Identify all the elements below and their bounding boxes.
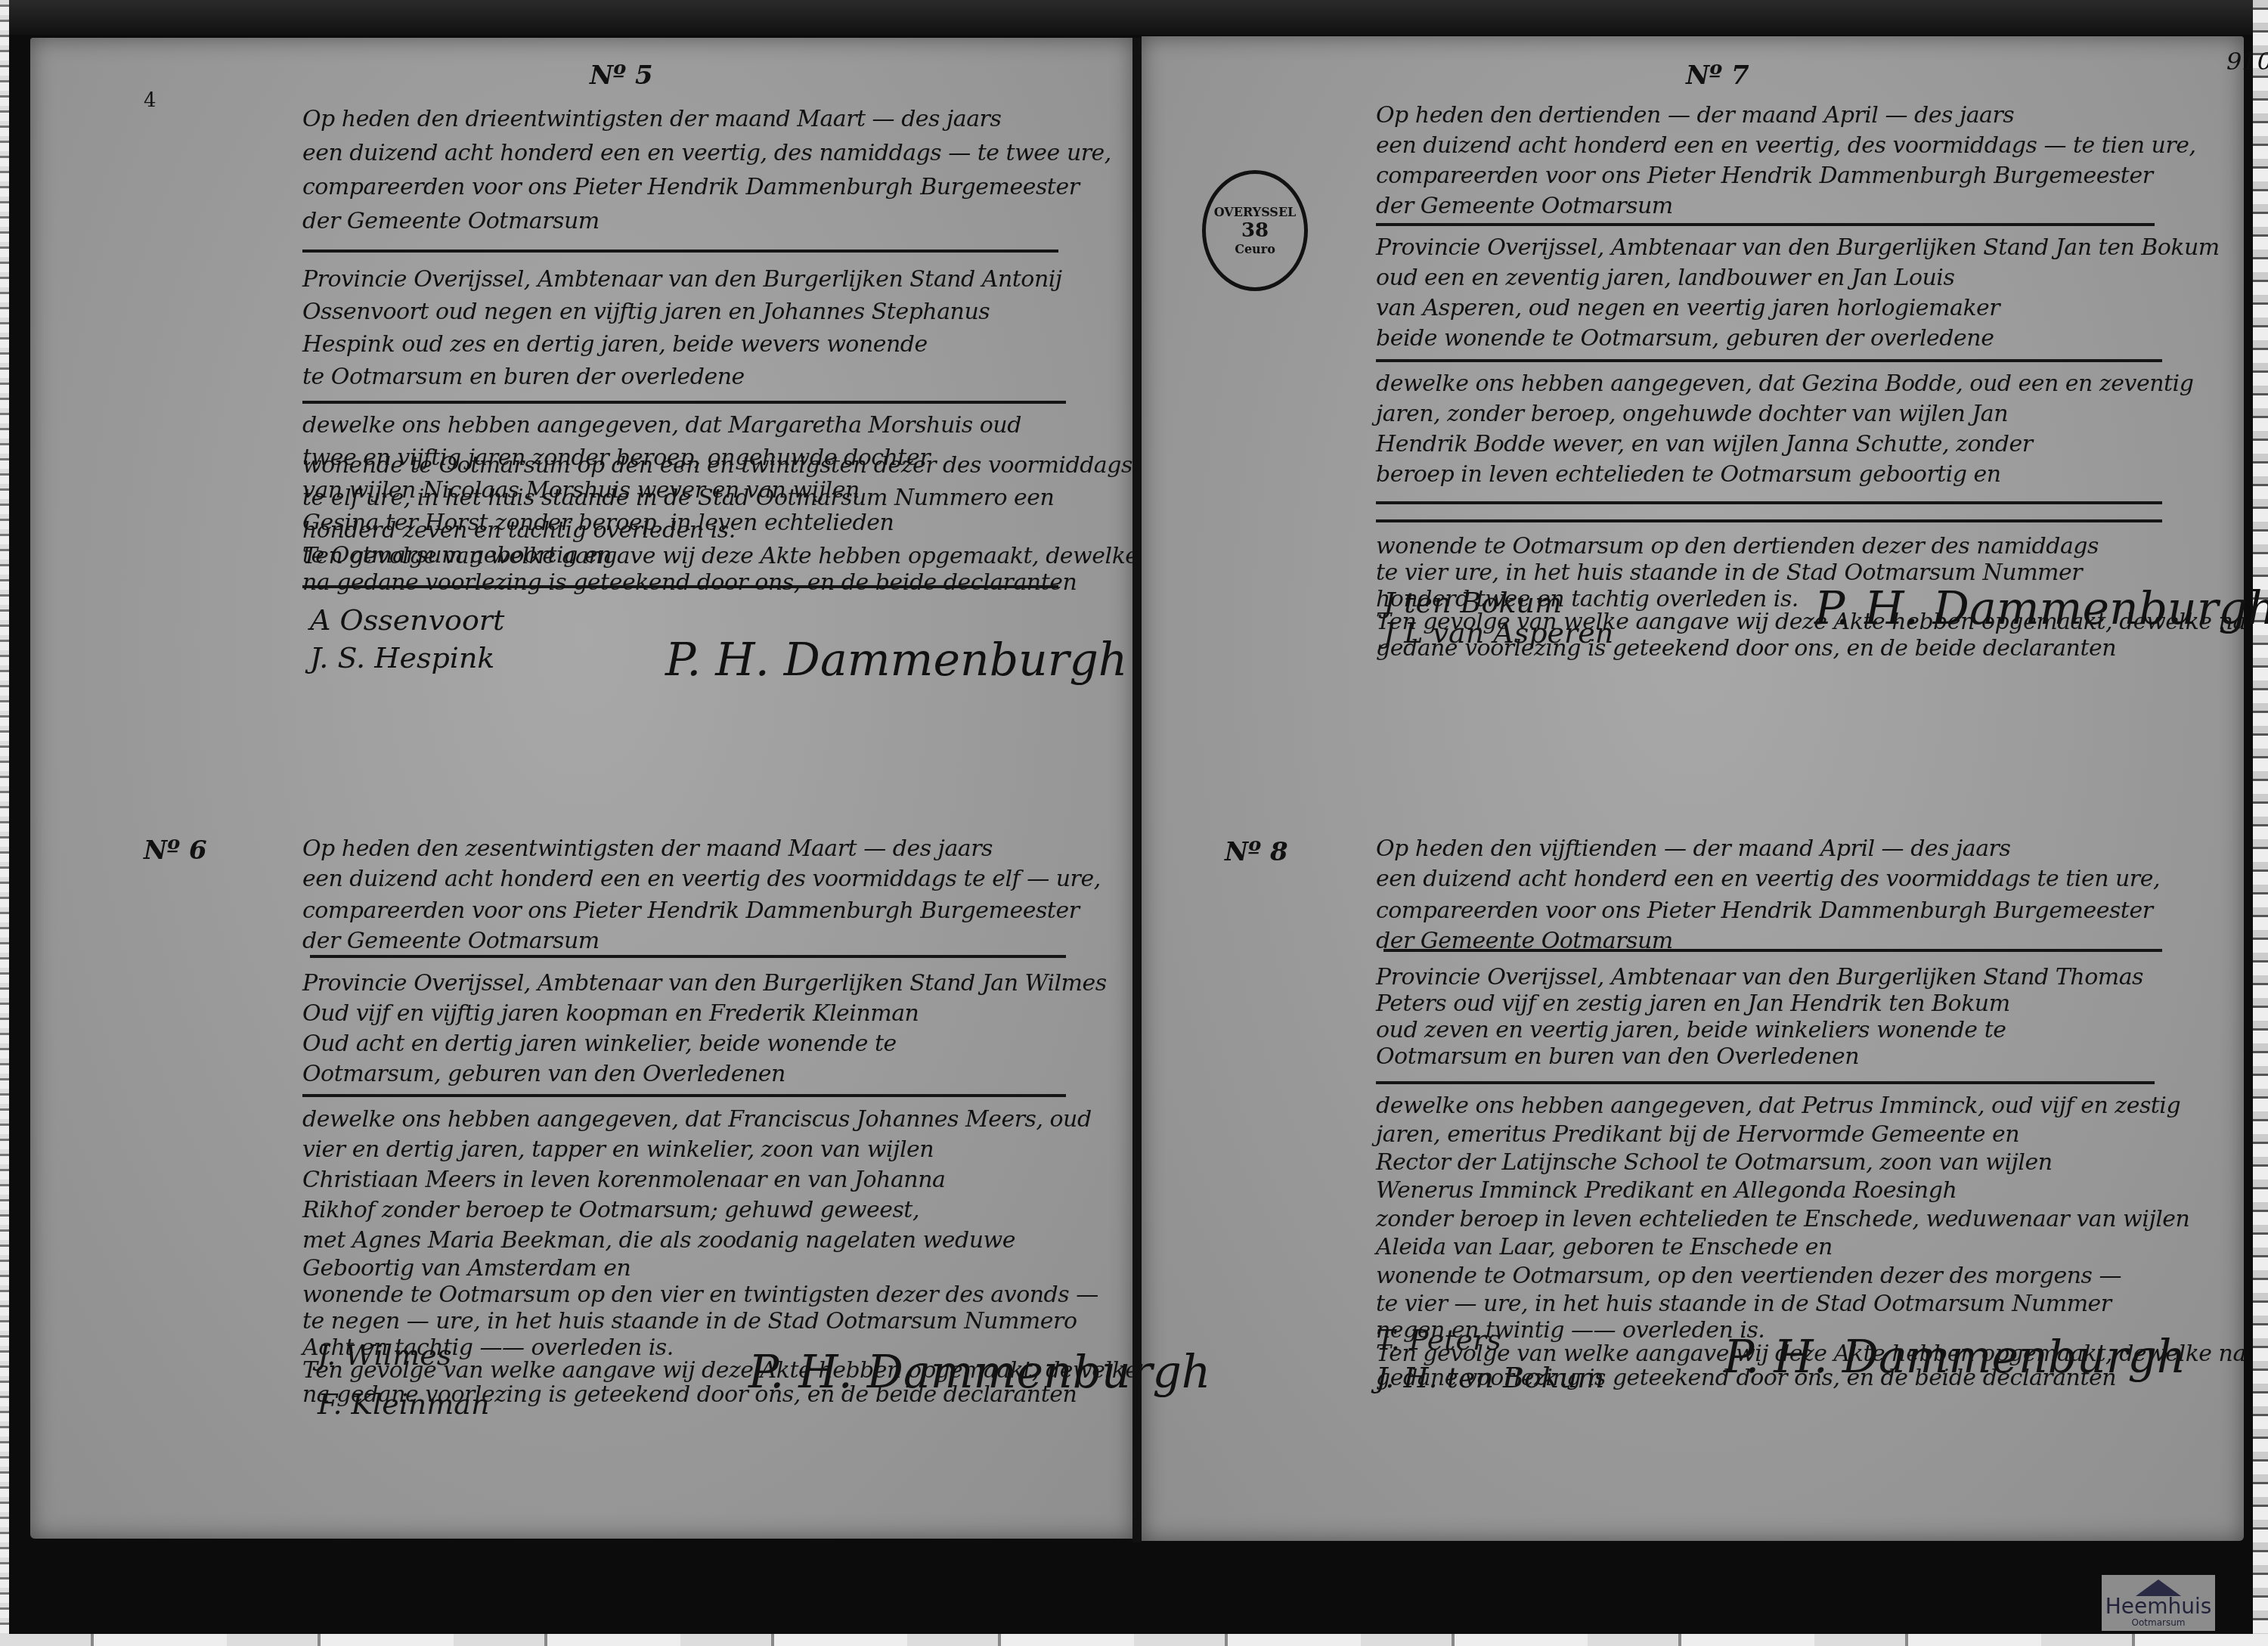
entry-line: compareerden voor ons Pieter Hendrik Dam… <box>302 174 1079 200</box>
entry-line: een duizend acht honderd een en veertig,… <box>1376 132 2196 159</box>
entry-line: van Asperen, oud negen en veertig jaren … <box>1376 295 2000 321</box>
signature-declarant-1: J. Wilmes <box>318 1338 451 1372</box>
death-record-entry-7-signatures: J ten Bokum J L van Asperen P. H. Dammen… <box>1376 575 2215 688</box>
folio-number: 910 <box>2226 47 2268 76</box>
entry-line: Ootmarsum, geburen van den Overledenen <box>302 1061 785 1087</box>
seal-text-top: OVERYSSEL <box>1214 205 1297 219</box>
entry-line: oud een en zeventig jaren, landbouwer en… <box>1376 265 1954 291</box>
entry-number: Nº 7 <box>1686 60 1749 91</box>
entry-line: jaren, zonder beroep, ongehuwde dochter … <box>1376 401 2008 427</box>
entry-line: Provincie Overijssel, Ambtenaar van den … <box>1376 964 2143 990</box>
separator-rule <box>1376 223 2155 226</box>
entry-line: compareerden voor ons Pieter Hendrik Dam… <box>302 897 1079 924</box>
book-gutter <box>1132 38 1142 1542</box>
entry-line: wonende te Ootmarsum op den een en twint… <box>302 452 1132 479</box>
entry-line: Provincie Overijssel, Ambtenaar van den … <box>1376 234 2220 261</box>
signature-declarant-1: J ten Bokum <box>1383 586 1562 619</box>
entry-line: Geboortig van Amsterdam en <box>302 1255 631 1282</box>
entry-line: Provincie Overijssel, Ambtenaar van den … <box>302 970 1107 997</box>
separator-rule <box>310 955 1066 958</box>
signature-mayor: P. H. Dammenburgh <box>1724 1331 2186 1384</box>
entry-line: honderd zeven en tachtig overleden is. <box>302 517 736 544</box>
entry-line: te elf ure, in het huis staande in de St… <box>302 485 1054 511</box>
entry-line: Aleida van Laar, geboren te Enschede en <box>1376 1234 1833 1260</box>
entry-line: een duizend acht honderd een en veertig,… <box>302 140 1111 166</box>
separator-rule <box>1376 501 2162 504</box>
entry-line: dewelke ons hebben aangegeven, dat Gezin… <box>1376 370 2193 397</box>
seal-value: 38 <box>1241 219 1269 242</box>
entry-line: met Agnes Maria Beekman, die als zoodani… <box>302 1227 1015 1254</box>
entry-line: een duizend acht honderd een en veertig … <box>1376 866 2160 892</box>
separator-rule <box>1383 949 2162 952</box>
separator-rule <box>1376 359 2162 362</box>
entry-line: dewelke ons hebben aangegeven, dat Petru… <box>1376 1093 2180 1119</box>
entry-line: vier en dertig jaren, tapper en winkelie… <box>302 1136 934 1163</box>
scan-border-top <box>0 0 2268 35</box>
entry-line: der Gemeente Ootmarsum <box>302 928 600 954</box>
separator-rule <box>302 250 1058 253</box>
entry-line: Christiaan Meers in leven korenmolenaar … <box>302 1167 945 1193</box>
entry-line: Provincie Overijssel, Ambtenaar van den … <box>302 266 1062 293</box>
death-record-entry-6-signatures: J. Wilmes F. Kleinman P. H. Dammenburgh <box>302 1331 1104 1444</box>
entry-line: Oud acht en dertig jaren winkelier, beid… <box>302 1031 897 1057</box>
signature-declarant-2: J L van Asperen <box>1383 616 1613 649</box>
death-record-entry-5-closing: wonende te Ootmarsum op den een en twint… <box>302 452 1104 702</box>
entry-line: Op heden den drieentwintigsten der maand… <box>302 106 1001 132</box>
tax-stamp-seal: OVERYSSEL 38 Ceuro <box>1202 170 1308 291</box>
separator-rule <box>1376 519 2162 522</box>
signature-declarant-2: F. Kleinman <box>318 1387 489 1421</box>
entry-line: te vier — ure, in het huis staande in de… <box>1376 1291 2112 1317</box>
death-record-entry-8-signatures: T. Peters J. H. ten Bokum P. H. Dammenbu… <box>1376 1316 2215 1429</box>
signature-mayor: P. H. Dammenburgh <box>665 634 1127 687</box>
entry-line: Peters oud vijf en zestig jaren en Jan H… <box>1376 990 2010 1017</box>
scan-border-left <box>0 0 9 1646</box>
entry-line: Hespink oud zes en dertig jaren, beide w… <box>302 331 928 358</box>
entry-line: Ossenvoort oud negen en vijftig jaren en… <box>302 299 990 325</box>
entry-line: zonder beroep in leven echtelieden te En… <box>1376 1206 2189 1232</box>
entry-line: wonende te Ootmarsum, op den veertienden… <box>1376 1263 2121 1289</box>
entry-line: Wenerus Imminck Predikant en Allegonda R… <box>1376 1177 1957 1204</box>
entry-line: wonende te Ootmarsum op den vier en twin… <box>302 1282 1098 1308</box>
entry-line: wonende te Ootmarsum op den dertienden d… <box>1376 533 2099 560</box>
entry-line: Rikhof zonder beroep te Ootmarsum; gehuw… <box>302 1197 919 1223</box>
separator-rule <box>302 401 1066 404</box>
separator-rule <box>1376 1081 2155 1084</box>
entry-line: Oud vijf en vijftig jaren koopman en Fre… <box>302 1000 919 1027</box>
signature-mayor: P. H. Dammenburgh <box>1814 582 2268 635</box>
entry-line: een duizend acht honderd een en veertig … <box>302 866 1101 892</box>
signature-declarant-1: A Ossenvoort <box>310 603 504 637</box>
entry-line: compareerden voor ons Pieter Hendrik Dam… <box>1376 163 2152 189</box>
separator-rule <box>302 1094 1066 1097</box>
entry-number: Nº 5 <box>590 60 653 91</box>
entry-line: Op heden den zesentwintigsten der maand … <box>302 835 993 862</box>
entry-line: na gedane voorlezing is geteekend door o… <box>302 569 1077 596</box>
entry-line: dewelke ons hebben aangegeven, dat Marga… <box>302 412 1021 439</box>
entry-number: Nº 6 <box>144 835 207 866</box>
entry-line: der Gemeente Ootmarsum <box>302 208 600 234</box>
entry-number: Nº 8 <box>1225 837 1288 867</box>
entry-line: Ootmarsum en buren van den Overledenen <box>1376 1043 1859 1070</box>
entry-line: Rector der Latijnsche School te Ootmarsu… <box>1376 1149 2052 1176</box>
entry-line: beide wonende te Ootmarsum, geburen der … <box>1376 325 1994 352</box>
signature-mayor: P. H. Dammenburgh <box>748 1346 1210 1399</box>
entry-line: beroep in leven echtelieden te Ootmarsum… <box>1376 461 2001 488</box>
seal-text-side: Ceuro <box>1235 242 1275 256</box>
signature-declarant-1: T. Peters <box>1376 1323 1501 1356</box>
entry-line: oud zeven en veertig jaren, beide winkel… <box>1376 1017 2006 1043</box>
entry-line: jaren, emeritus Predikant bij de Hervorm… <box>1376 1121 2019 1148</box>
logo-subtitle: Ootmarsum <box>2131 1617 2185 1628</box>
entry-line: Op heden den dertienden — der maand Apri… <box>1376 102 2014 129</box>
signature-declarant-2: J. S. Hespink <box>310 641 494 674</box>
heemhuis-logo: Heemhuis Ootmarsum <box>2102 1575 2215 1631</box>
scan-border-bottom <box>0 1634 2268 1646</box>
entry-line: der Gemeente Ootmarsum <box>1376 193 1673 219</box>
entry-line: compareerden voor ons Pieter Hendrik Dam… <box>1376 897 2152 924</box>
entry-line: dewelke ons hebben aangegeven, dat Franc… <box>302 1106 1092 1133</box>
entry-line: Hendrik Bodde wever, en van wijlen Janna… <box>1376 431 2033 457</box>
entry-line: Ten gevolge van welke aangave wij deze A… <box>302 543 1139 569</box>
margin-mark: 4 <box>144 89 156 112</box>
entry-line: Op heden den vijftienden — der maand Apr… <box>1376 835 2010 862</box>
scan-border-right <box>2253 0 2268 1646</box>
entry-line: te Ootmarsum en buren der overledene <box>302 364 745 390</box>
logo-name: Heemhuis <box>2105 1596 2212 1617</box>
signature-declarant-2: J. H. ten Bokum <box>1376 1361 1604 1394</box>
